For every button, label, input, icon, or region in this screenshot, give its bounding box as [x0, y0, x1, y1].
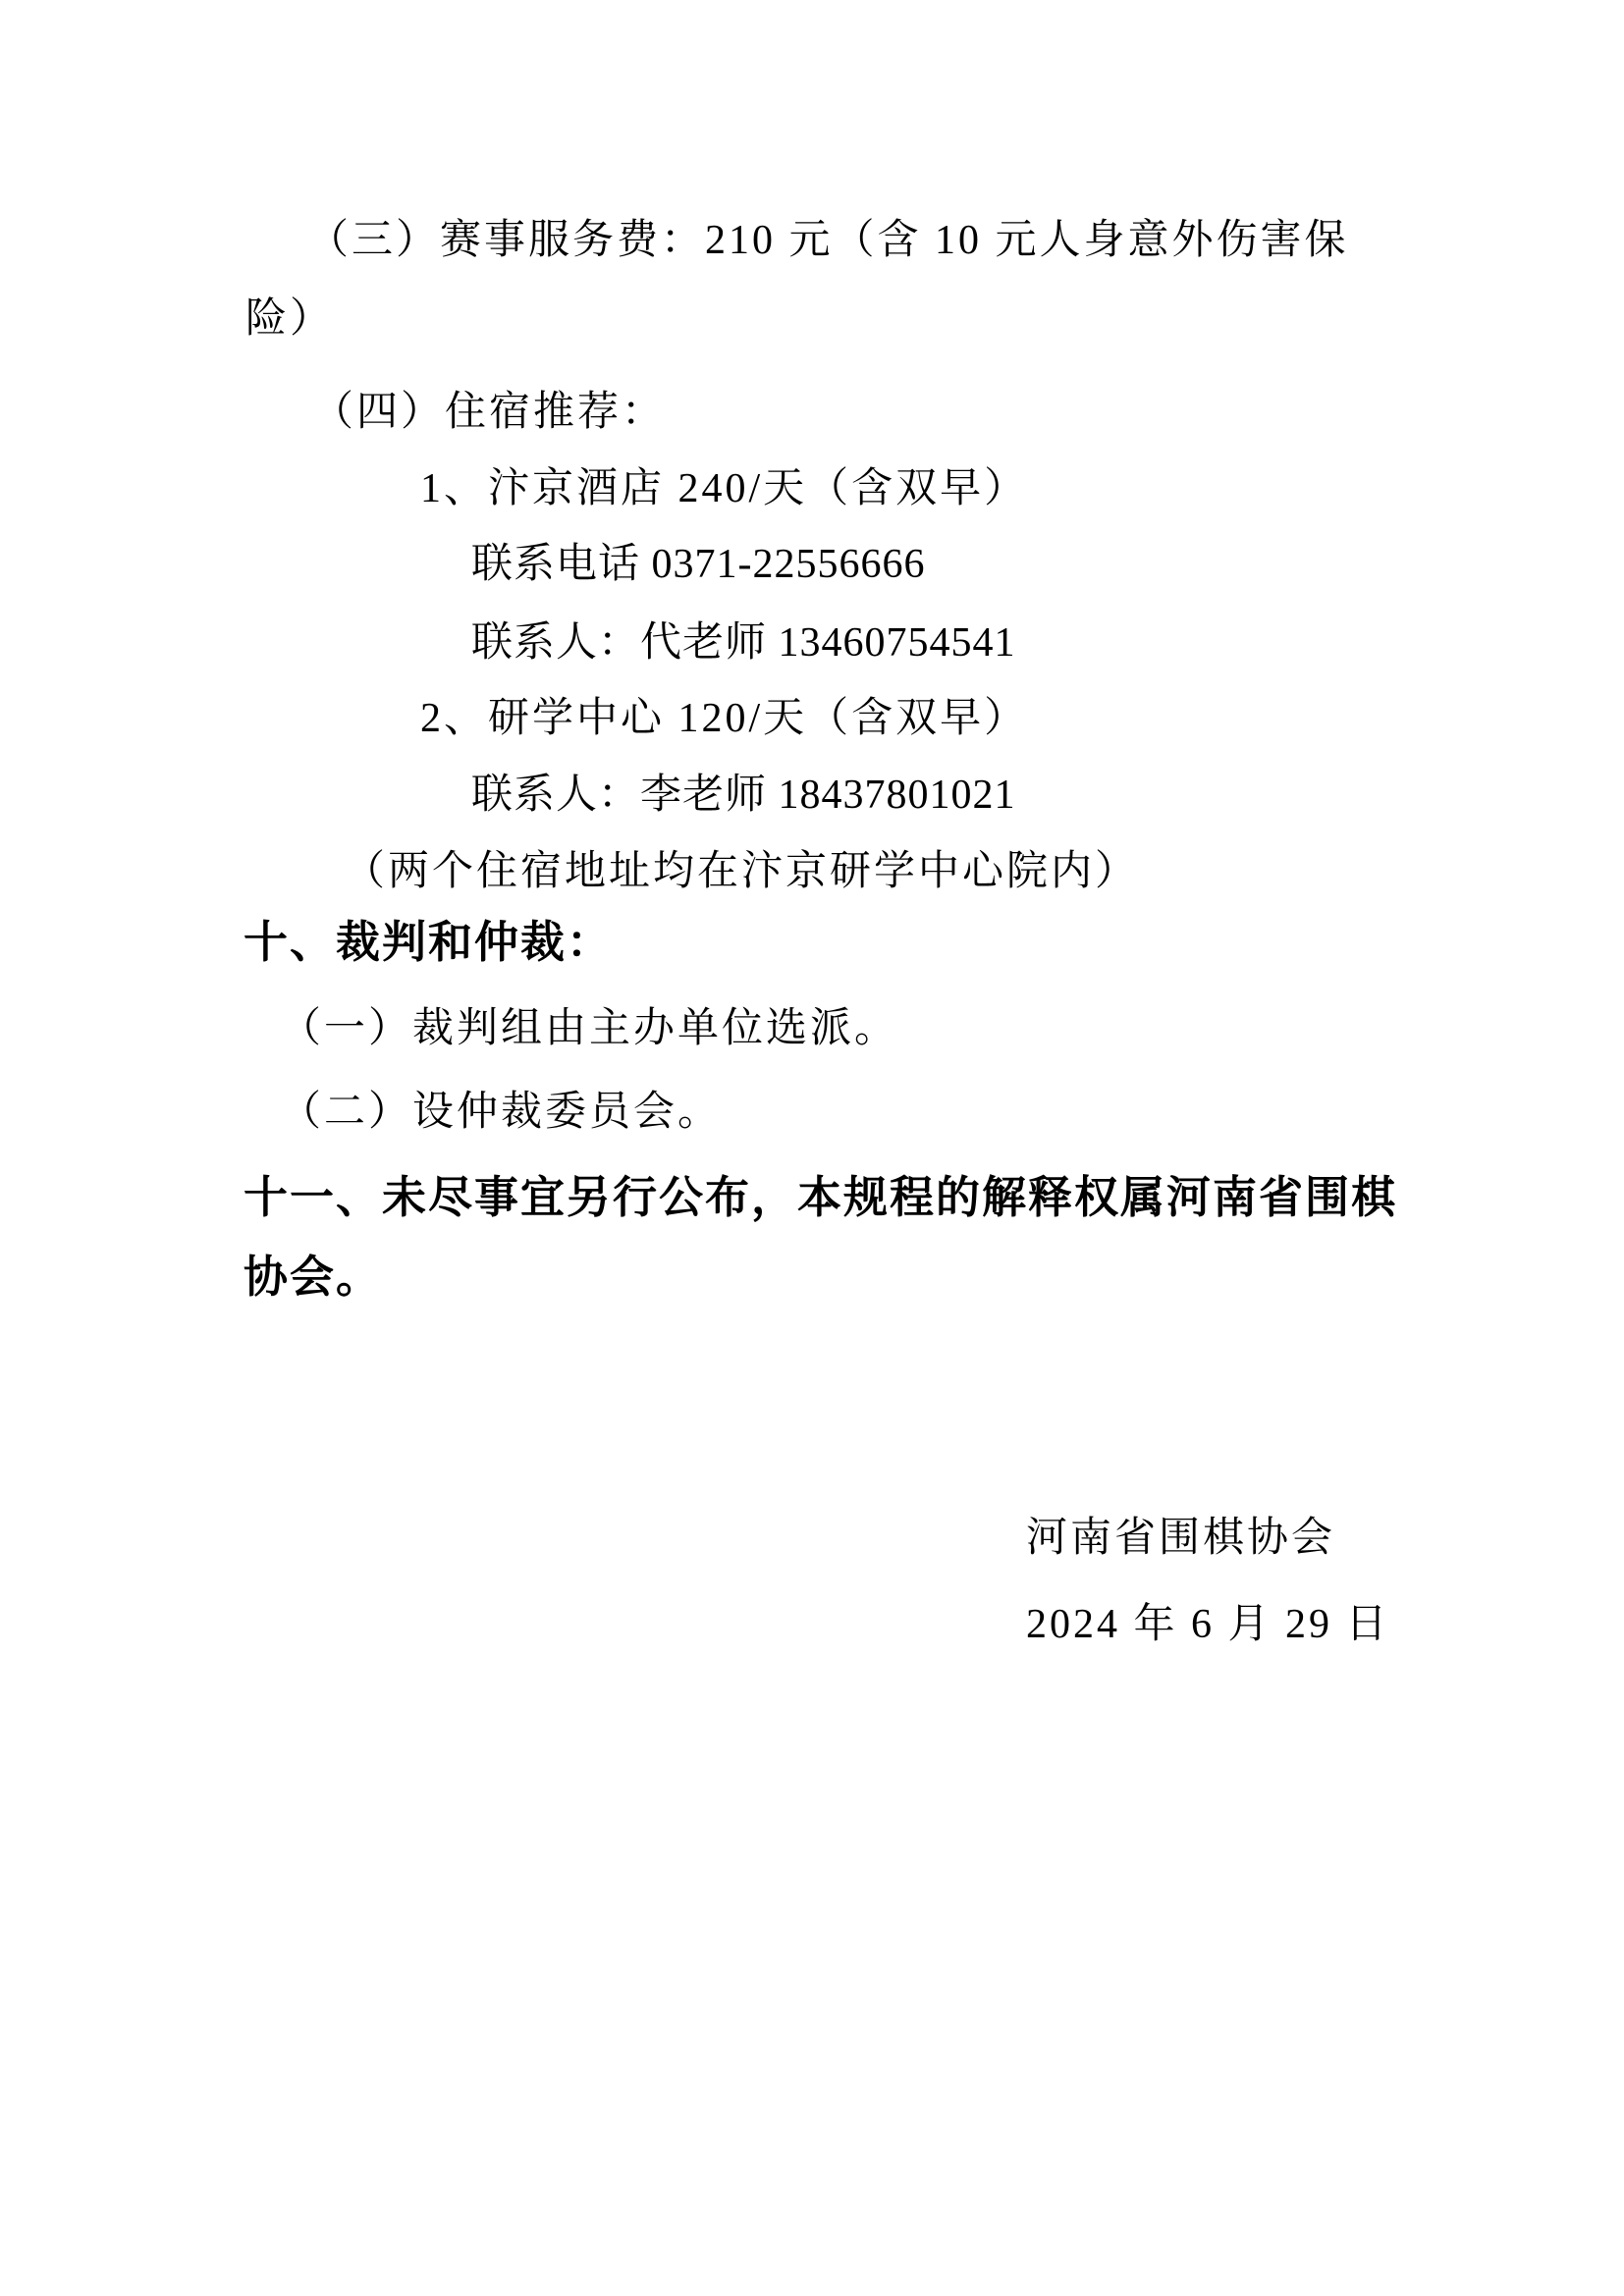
paragraph-accommodation-heading: （四）住宿推荐： [312, 383, 666, 442]
paragraph-service-fee: （三）赛事服务费：210 元（含 10 元人身意外伤害保 [307, 211, 1349, 270]
section-heading-referee-arbitration: 十、裁判和仲裁： [244, 913, 613, 972]
list-item-study-center: 2、研学中心 120/天（含双早） [420, 689, 1028, 748]
line-hotel-contact-person: 联系人：代老师 13460754541 [471, 614, 1016, 672]
signature-organization: 河南省围棋协会 [1026, 1509, 1335, 1568]
signature-date: 2024 年 6 月 29 日 [1026, 1595, 1390, 1654]
item-referee-selection: （一）裁判组由主办单位选派。 [280, 999, 898, 1058]
section-heading-final-continuation: 协会。 [244, 1248, 382, 1307]
document-page: （三）赛事服务费：210 元（含 10 元人身意外伤害保 险） （四）住宿推荐：… [0, 0, 1624, 2296]
section-heading-final-interpretation: 十一、未尽事宜另行公布，本规程的解释权属河南省围棋 [244, 1168, 1397, 1227]
line-center-contact-person: 联系人：李老师 18437801021 [471, 766, 1016, 825]
item-arbitration-committee: （二）设仲裁委员会。 [280, 1083, 722, 1142]
note-accommodation-location: （两个住宿地址均在汴京研学中心院内） [344, 842, 1139, 901]
line-hotel-phone: 联系电话 0371-22556666 [471, 535, 926, 594]
list-item-hotel: 1、汴京酒店 240/天（含双早） [420, 459, 1028, 518]
paragraph-service-fee-continuation: 险） [245, 290, 334, 348]
